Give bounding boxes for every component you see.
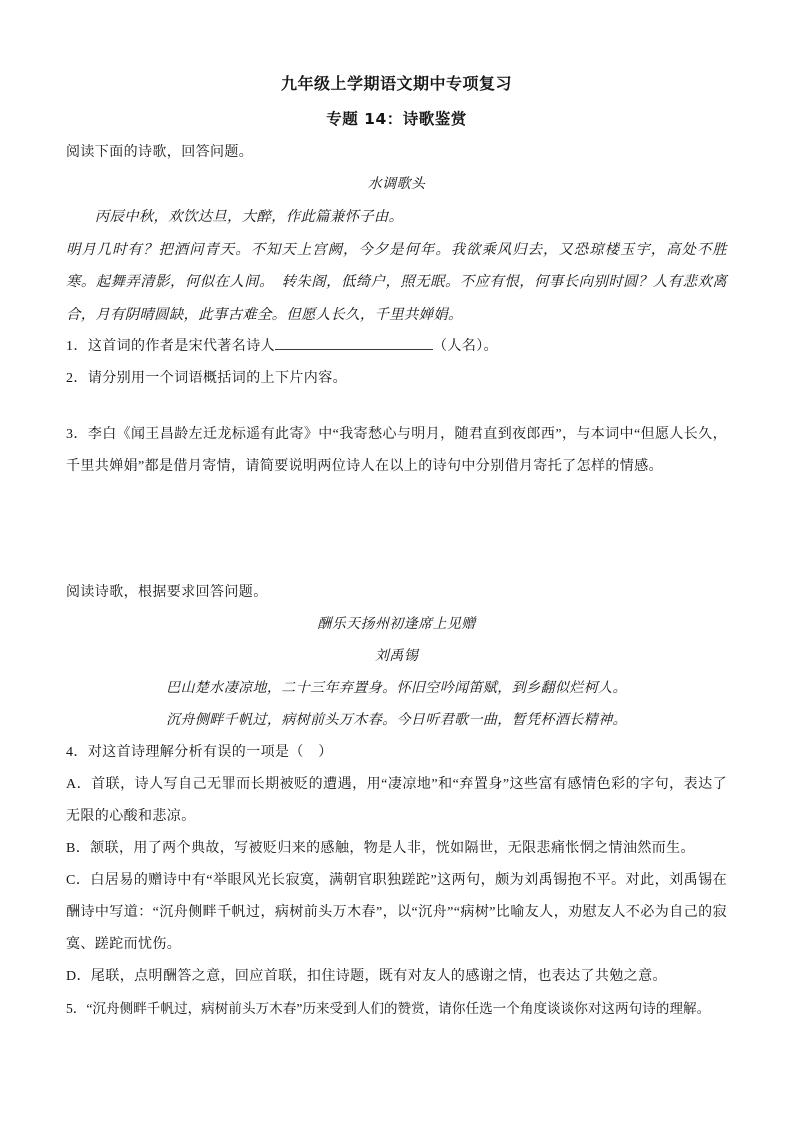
question-3-text: 李白《闻王昌龄左迁龙标遥有此寄》中“我寄愁心与明月，随君直到夜郎西”，与本词中“… [66, 427, 727, 474]
option-d-label: D． [66, 969, 91, 984]
option-c-label: C． [66, 873, 90, 888]
option-d-text: 尾联，点明酬答之意，回应首联，扣住诗题，既有对友人的感谢之情，也表达了共勉之意。 [91, 969, 667, 984]
question-1-number: 1． [66, 339, 88, 354]
question-5: 5．“沉舟侧畔千帆过，病树前头万木春”历来受到人们的赞赏，请你任选一个角度谈谈你… [66, 993, 727, 1025]
question-2-number: 2． [66, 371, 88, 386]
question-4-option-a: A．首联，诗人写自己无罪而长期被贬的遭遇，用“凄凉地”和“弃置身”这些富有感情色… [66, 769, 727, 833]
poem2-author: 刘禹锡 [66, 641, 727, 673]
option-b-label: B． [66, 841, 90, 856]
poem1-title: 水调歌头 [66, 169, 727, 201]
question-1-text: 这首词的作者是宋代著名诗人 [88, 339, 275, 354]
poem1-body: 明月几时有？把酒问青天。不知天上宫阙，今夕是何年。我欲乘风归去，又恐琼楼玉宇，高… [66, 234, 727, 332]
question-5-number: 5． [66, 1001, 86, 1016]
document-subtitle: 专题 14：诗歌鉴赏 [66, 107, 727, 131]
question-5-text: “沉舟侧畔千帆过，病树前头万木春”历来受到人们的赞赏，请你任选一个角度谈谈你对这… [86, 1001, 710, 1016]
section2-instruction: 阅读诗歌，根据要求回答问题。 [66, 577, 727, 609]
question-1: 1．这首词的作者是宋代著名诗人（人名）。 [66, 331, 727, 363]
document-title: 九年级上学期语文期中专项复习 [66, 72, 727, 96]
question-2: 2．请分别用一个词语概括词的上下片内容。 [66, 363, 727, 395]
poem2-title: 酬乐天扬州初逢席上见赠 [66, 609, 727, 641]
question-4-option-b: B．颔联，用了两个典故，写被贬归来的感触，物是人非，恍如隔世，无限悲痛怅惘之情油… [66, 833, 727, 865]
poem2-line-1: 巴山楚水凄凉地，二十三年弃置身。怀旧空吟闻笛赋，到乡翻似烂柯人。 [66, 673, 727, 705]
option-a-text: 首联，诗人写自己无罪而长期被贬的遭遇，用“凄凉地”和“弃置身”这些富有感情色彩的… [66, 777, 727, 824]
question-3: 3．李白《闻王昌龄左迁龙标遥有此寄》中“我寄愁心与明月，随君直到夜郎西”，与本词… [66, 419, 727, 483]
section1-instruction: 阅读下面的诗歌，回答问题。 [66, 137, 727, 169]
question-4-option-d: D．尾联，点明酬答之意，回应首联，扣住诗题，既有对友人的感谢之情，也表达了共勉之… [66, 961, 727, 993]
question-4-number: 4． [66, 745, 88, 760]
option-b-text: 颔联，用了两个典故，写被贬归来的感触，物是人非，恍如隔世，无限悲痛怅惘之情油然而… [90, 841, 695, 856]
question-1-suffix: （人名）。 [433, 339, 498, 354]
poem1-preface: 丙辰中秋，欢饮达旦，大醉，作此篇兼怀子由。 [66, 201, 727, 234]
question-1-answer-blank[interactable] [275, 337, 433, 350]
question-4-stem: 对这首诗理解分析有误的一项是（ ） [88, 745, 333, 760]
question-2-text: 请分别用一个词语概括词的上下片内容。 [88, 371, 347, 386]
option-a-label: A． [66, 777, 91, 792]
question-3-number: 3． [66, 427, 88, 442]
poem2-line-2: 沉舟侧畔千帆过，病树前头万木春。今日听君歌一曲，暂凭杯酒长精神。 [66, 705, 727, 737]
question-4: 4．对这首诗理解分析有误的一项是（ ） [66, 737, 727, 769]
worksheet-page: 九年级上学期语文期中专项复习 专题 14：诗歌鉴赏 阅读下面的诗歌，回答问题。 … [0, 0, 793, 1122]
option-c-text: 白居易的赠诗中有“举眼风光长寂寞，满朝官职独蹉跎”这两句，颇为刘禹锡抱不平。对此… [66, 873, 727, 952]
question-4-option-c: C．白居易的赠诗中有“举眼风光长寂寞，满朝官职独蹉跎”这两句，颇为刘禹锡抱不平。… [66, 865, 727, 961]
